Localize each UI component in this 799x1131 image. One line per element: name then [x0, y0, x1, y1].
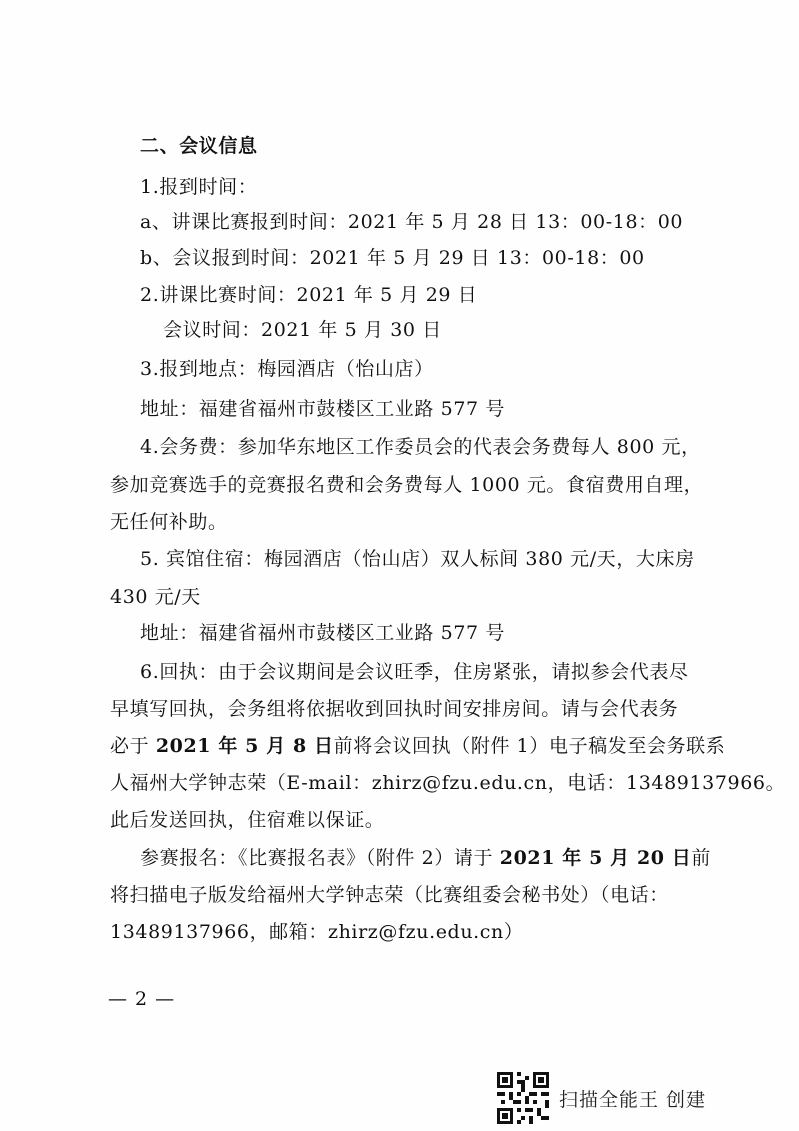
location-heading: 3.报到地点：梅园酒店（怡山店） [140, 357, 434, 381]
receipt-line-3-post: 前将会议回执（附件 1）电子稿发至会务联系 [334, 735, 726, 757]
entry-line-1: 参赛报名：《比赛报名表》（附件 2）请于 2021 年 5 月 20 日前 [140, 846, 711, 870]
fees-line-1: 4.会务费：参加华东地区工作委员会的代表会务费每人 800 元， [140, 435, 701, 459]
receipt-deadline: 2021 年 5 月 8 日 [156, 735, 334, 757]
receipt-line-4: 人福州大学钟志荣（E-mail：zhirz@fzu.edu.cn，电话：1348… [110, 771, 785, 795]
page-number: — 2 — [108, 987, 175, 1011]
hotel-line-1: 5. 宾馆住宿：梅园酒店（怡山店）双人标间 380 元/天，大床房 [140, 547, 695, 571]
location-address: 地址：福建省福州市鼓楼区工业路 577 号 [140, 397, 505, 421]
receipt-line-3: 必于 2021 年 5 月 8 日前将会议回执（附件 1）电子稿发至会务联系 [110, 734, 725, 758]
receipt-line-3-pre: 必于 [110, 735, 156, 757]
entry-line-1-pre: 参赛报名：《比赛报名表》（附件 2）请于 [140, 847, 500, 869]
receipt-line-2: 早填写回执，会务组将依据收到回执时间安排房间。请与会代表务 [110, 697, 678, 721]
fees-line-3: 无任何补助。 [110, 510, 228, 534]
document-page: 二、会议信息 1.报到时间： a、讲课比赛报到时间：2021 年 5 月 28 … [0, 0, 799, 1131]
section-title: 二、会议信息 [140, 134, 258, 158]
watermark-text: 扫描全能王 创建 [559, 1085, 706, 1112]
registration-heading: 1.报到时间： [140, 175, 257, 199]
receipt-line-1: 6.回执：由于会议期间是会议旺季，住房紧张，请拟参会代表尽 [140, 660, 689, 684]
scanner-watermark: 扫描全能王 创建 [497, 1072, 706, 1124]
fees-line-2: 参加竞赛选手的竞赛报名费和会务费每人 1000 元。食宿费用自理， [110, 473, 703, 497]
qr-code-icon [497, 1072, 549, 1124]
competition-time: 2.讲课比赛时间：2021 年 5 月 29 日 [140, 283, 477, 307]
entry-line-2: 将扫描电子版发给福州大学钟志荣（比赛组委会秘书处）（电话： [110, 883, 669, 907]
receipt-line-5: 此后发送回执，住宿难以保证。 [110, 808, 384, 832]
entry-deadline: 2021 年 5 月 20 日 [500, 847, 692, 869]
meeting-time: 会议时间：2021 年 5 月 30 日 [163, 318, 442, 342]
entry-line-1-post: 前 [691, 847, 711, 869]
hotel-line-2: 430 元/天 [110, 585, 201, 609]
hotel-address: 地址：福建省福州市鼓楼区工业路 577 号 [140, 621, 505, 645]
registration-item-b: b、会议报到时间：2021 年 5 月 29 日 13：00-18：00 [140, 246, 645, 270]
registration-item-a: a、讲课比赛报到时间：2021 年 5 月 28 日 13：00-18：00 [140, 210, 683, 234]
entry-line-3: 13489137966，邮箱：zhirz@fzu.edu.cn） [110, 920, 523, 944]
